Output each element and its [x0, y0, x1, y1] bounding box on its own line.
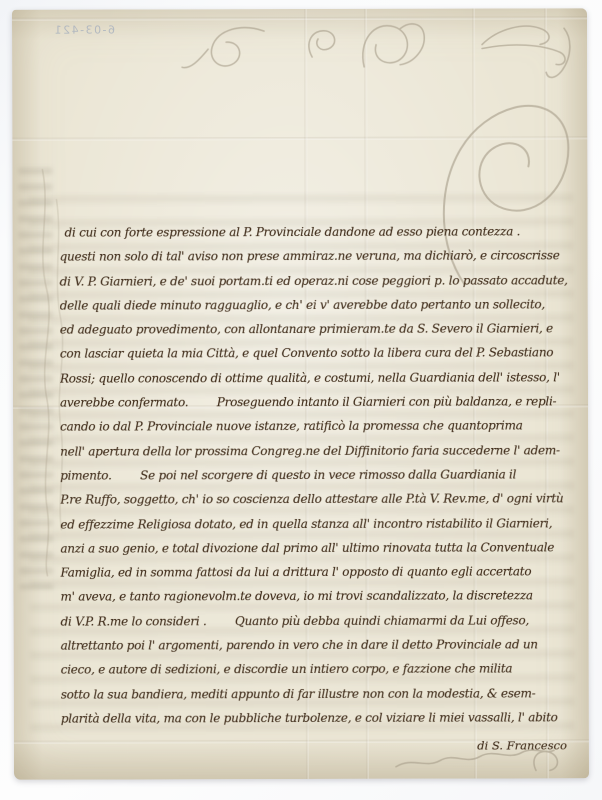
- letter-paper-sheet: 6-03-421 di cui con forte espressione al…: [12, 8, 589, 780]
- mirrored-script-flourish: [482, 26, 565, 65]
- mirrored-script-flourish: [309, 31, 335, 57]
- letter-line: cando io dal P. Provinciale nuove istanz…: [60, 414, 587, 440]
- archival-number-mirrored-pencil: 6-03-421: [29, 23, 115, 36]
- letter-line: di V. P. Giarnieri, e de' suoi portam.ti…: [60, 268, 587, 294]
- letter-line: Rossi; quello conoscendo di ottime quali…: [60, 365, 587, 391]
- mirrored-script-flourish: [363, 24, 425, 67]
- letter-line: nell' apertura della lor prossima Congre…: [60, 438, 587, 464]
- letter-line: P.re Ruffo, soggetto, ch' io so coscienz…: [60, 487, 587, 513]
- letter-line: ed adeguato provedimento, con allontanar…: [60, 316, 587, 342]
- mirrored-script-flourish: [396, 750, 554, 767]
- letter-line: con lasciar quieta la mia Città, e quel …: [60, 341, 587, 367]
- margin-bleed-squiggle: [42, 170, 49, 576]
- letter-line: di V.P. R.me lo consideri . Quanto più d…: [61, 608, 588, 634]
- letter-body: di cui con forte espressione al P. Provi…: [60, 219, 588, 733]
- letter-line: altrettanto poi l' argomenti, parendo in…: [61, 632, 588, 658]
- mirrored-script-flourish: [182, 28, 264, 68]
- letter-line: questi non solo di tal' aviso non prese …: [60, 244, 587, 270]
- letter-line: m' aveva, e tanto ragionevolm.te doveva,…: [60, 584, 587, 610]
- letter-line: averebbe confermato. Proseguendo intanto…: [60, 389, 587, 415]
- mirrored-script-flourish: [534, 751, 558, 770]
- letter-line: plarità della vita, ma con le pubbliche …: [61, 705, 588, 731]
- letter-line: ed effezzime Religiosa dotato, ed in que…: [60, 511, 587, 537]
- letter-line: anzi a suo genio, e total divozione dal …: [60, 535, 587, 561]
- catchword: di S. Francesco: [477, 738, 567, 752]
- scanned-letter-page: 6-03-421 di cui con forte espressione al…: [0, 0, 602, 800]
- letter-line: cieco, e autore di sedizioni, e discordi…: [61, 657, 588, 683]
- letter-line: Famiglia, ed in somma fattosi da lui a d…: [60, 559, 587, 585]
- letter-line: di cui con forte espressione al P. Provi…: [60, 219, 587, 245]
- letter-line: pimento. Se poi nel scorgere di questo i…: [60, 462, 587, 488]
- letter-line: sotto la sua bandiera, mediti appunto di…: [61, 681, 588, 707]
- letter-line: delle quali diede minuto ragguaglio, e c…: [60, 292, 587, 318]
